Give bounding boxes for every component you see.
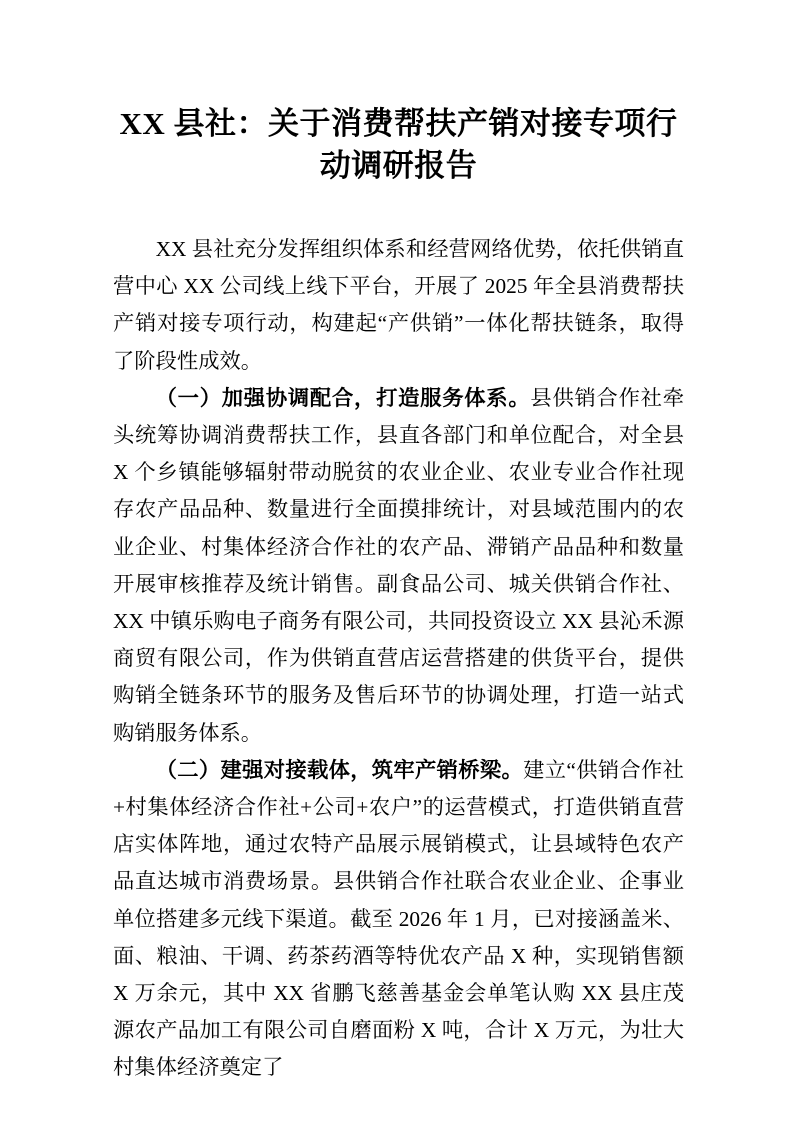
- section-2-heading: （二）建强对接载体，筑牢产销桥梁。: [156, 758, 524, 782]
- paragraph-section-1: （一）加强协调配合，打造服务体系。县供销合作社牵头统筹协调消费帮扶工作，县直各部…: [113, 380, 684, 752]
- document-page: XX 县社：关于消费帮扶产销对接专项行动调研报告 XX 县社充分发挥组织体系和经…: [0, 0, 793, 1122]
- paragraph-intro: XX 县社充分发挥组织体系和经营网络优势，依托供销直营中心 XX 公司线上线下平…: [113, 231, 684, 380]
- document-body: XX 县社充分发挥组织体系和经营网络优势，依托供销直营中心 XX 公司线上线下平…: [113, 231, 684, 1087]
- paragraph-intro-text: XX 县社充分发挥组织体系和经营网络优势，依托供销直营中心 XX 公司线上线下平…: [113, 237, 684, 373]
- section-2-text: 建立“供销合作社+村集体经济合作社+公司+农户”的运营模式，打造供销直营店实体阵…: [113, 758, 684, 1080]
- section-1-text: 县供销合作社牵头统筹协调消费帮扶工作，县直各部门和单位配合，对全县 X 个乡镇能…: [113, 386, 684, 745]
- document-title: XX 县社：关于消费帮扶产销对接专项行动调研报告: [113, 103, 684, 187]
- section-1-heading: （一）加强协调配合，打造服务体系。: [156, 386, 531, 410]
- paragraph-section-2: （二）建强对接载体，筑牢产销桥梁。建立“供销合作社+村集体经济合作社+公司+农户…: [113, 752, 684, 1087]
